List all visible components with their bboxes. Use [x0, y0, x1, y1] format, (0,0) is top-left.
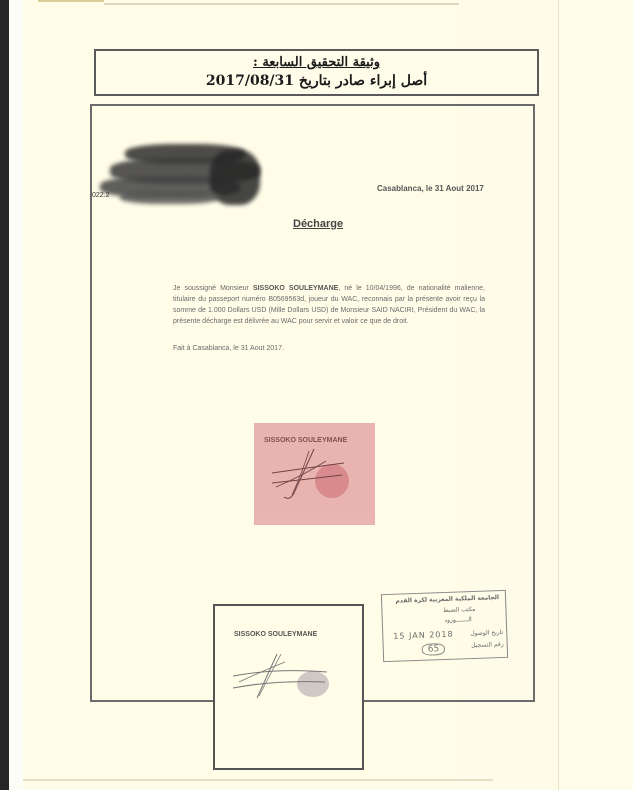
title-box: وثيقة التحقيق السابعة : أصل إبراء صادر ب… — [94, 49, 539, 96]
signature-icon — [254, 423, 375, 525]
page-bottom-edge — [23, 779, 493, 781]
reception-stamp-office: مكتب الضبط — [443, 606, 476, 614]
reception-stamp-incoming: الـــــــورود — [444, 616, 472, 624]
reception-stamp-date: 15 JAN 2018 — [393, 630, 454, 641]
title-line-2: أصل إبراء صادر بتاريخ 2017/08/31 — [96, 71, 537, 91]
signature-box: SISSOKO SOULEYMANE — [213, 604, 364, 770]
reception-stamp-org: الجامعة الملكية المغربية لكرة القدم — [395, 594, 499, 605]
scan-right-area — [559, 0, 633, 790]
signature-stamp-pink: SISSOKO SOULEYMANE — [254, 423, 375, 525]
page-top-edge — [104, 3, 459, 5]
reception-stamp-date-label: تاريخ الوصول — [470, 629, 503, 637]
body-name: SISSOKO SOULEYMANE — [253, 285, 338, 292]
page-top-tab — [38, 0, 104, 2]
reception-stamp-number: 65 — [422, 643, 446, 656]
place-date: Casablanca, le 31 Aout 2017 — [377, 184, 484, 193]
body-paragraph: Je soussigné Monsieur SISSOKO SOULEYMANE… — [173, 283, 485, 327]
redacted-letterhead — [100, 140, 265, 205]
letterhead-fragment: 022.2 — [92, 192, 110, 199]
body-prefix: Je soussigné Monsieur — [173, 285, 253, 292]
scan-left-dark-edge — [0, 0, 9, 790]
signature-with-fingerprint-icon — [215, 606, 362, 768]
reception-stamp-number-label: رقم التسجيل — [471, 641, 504, 649]
closing-line: Fait à Casablanca, le 31 Aout 2017. — [173, 345, 284, 352]
title-line-1: وثيقة التحقيق السابعة : — [96, 54, 537, 71]
scan-left-margin — [9, 0, 23, 790]
document-heading: Décharge — [293, 218, 343, 230]
reception-stamp: الجامعة الملكية المغربية لكرة القدم مكتب… — [381, 590, 508, 662]
page-right-edge — [558, 0, 559, 790]
